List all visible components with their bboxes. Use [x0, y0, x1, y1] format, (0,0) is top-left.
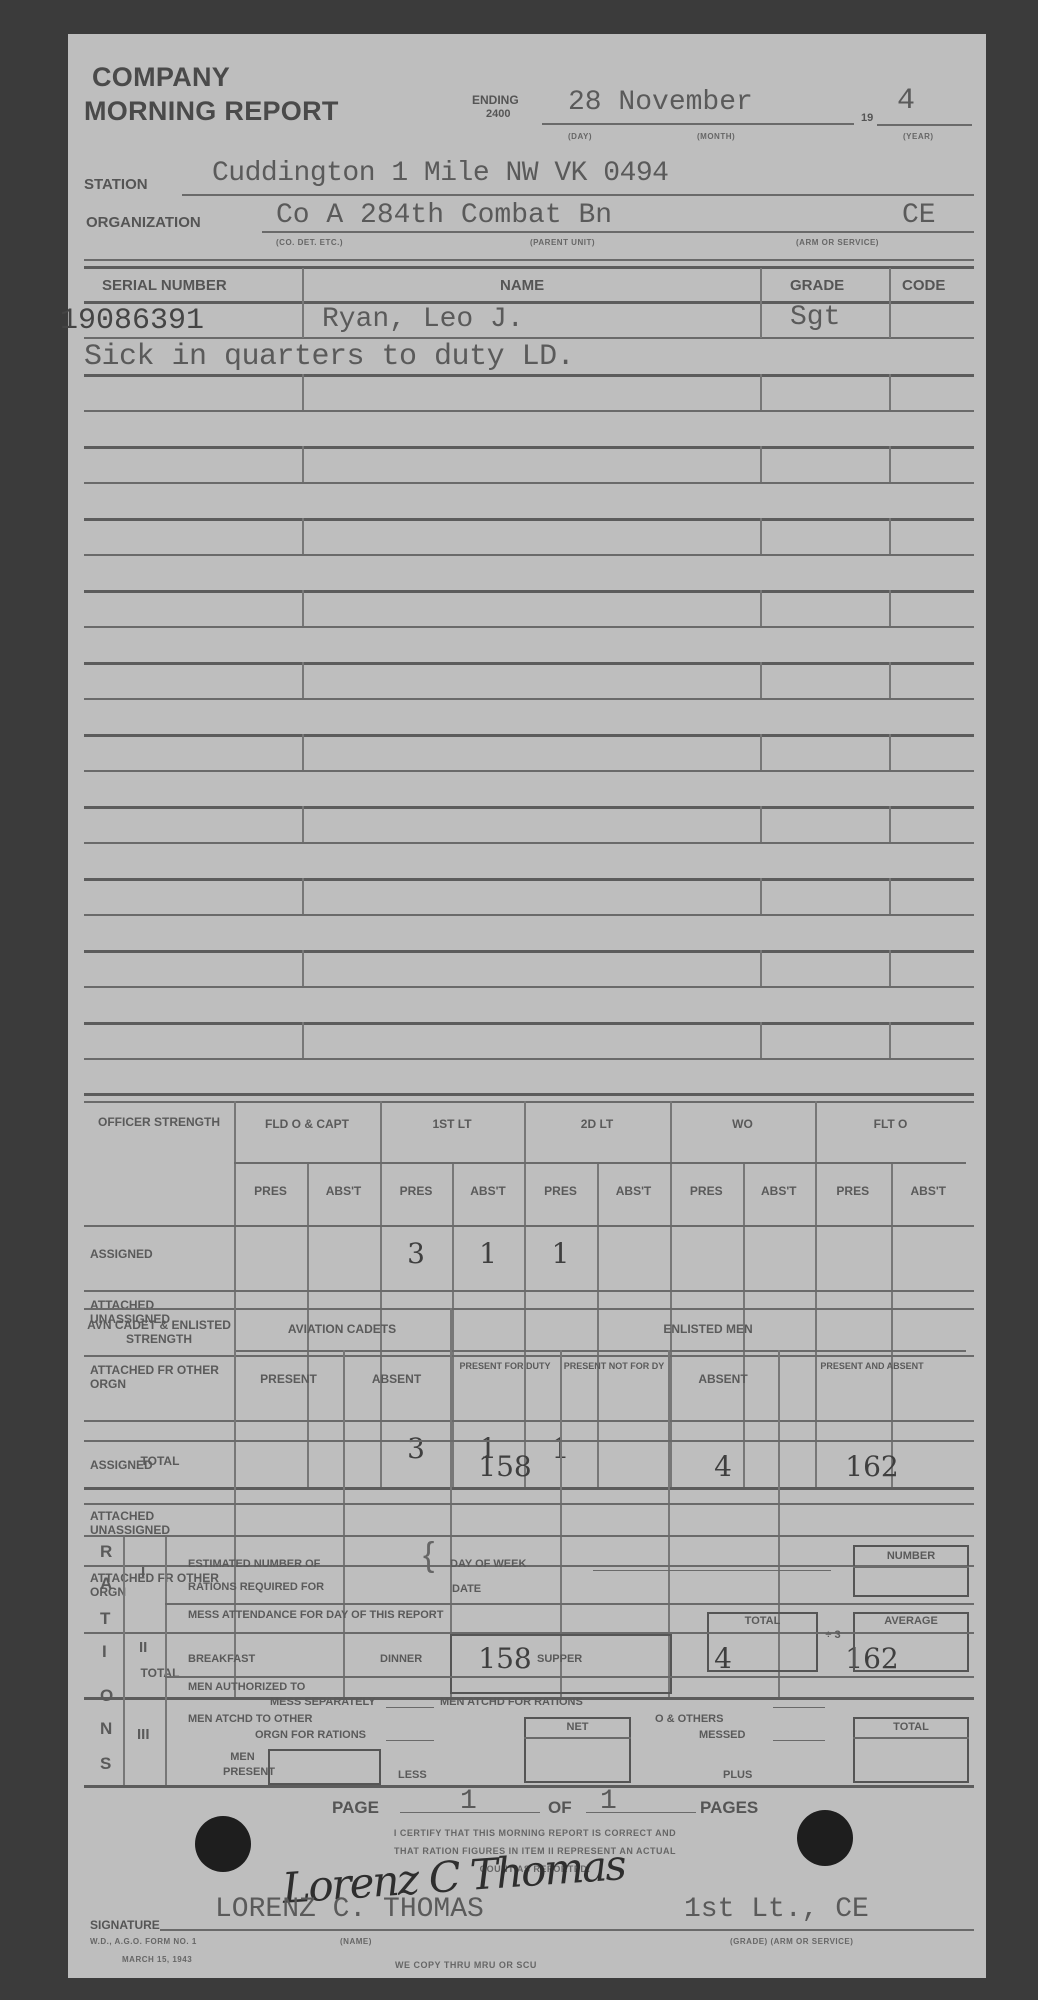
rations-col-line [165, 1537, 167, 1785]
col-line-grade [889, 446, 891, 482]
enlisted-row-label: ATTACHED UNASSIGNED [90, 1509, 230, 1537]
header-name: NAME [500, 277, 544, 294]
remark-text: Sick in quarters to duty LD. [84, 340, 574, 374]
of-label: OF [548, 1798, 572, 1818]
enlisted-col-header: PRESENT AND ABSENT [778, 1358, 966, 1374]
men-present-line2: PRESENT [180, 1765, 275, 1779]
estimated-number-line2: RATIONS REQUIRED FOR [188, 1580, 324, 1594]
row-rule [84, 878, 974, 881]
officer-group-header: 2D LT [524, 1117, 670, 1131]
net-label: NET [524, 1720, 631, 1734]
officer-row-label: ASSIGNED [90, 1247, 230, 1261]
pages-label: PAGES [700, 1798, 758, 1818]
breakfast-label: BREAKFAST [188, 1652, 255, 1666]
day-of-week-field[interactable] [593, 1570, 831, 1571]
rations-letter: R [100, 1545, 112, 1559]
row-rule [84, 482, 974, 484]
page-label: PAGE [332, 1798, 379, 1818]
rations-letter: A [100, 1577, 112, 1591]
header-grade: GRADE [790, 277, 844, 294]
row-rule [84, 698, 974, 700]
col-line-grade [889, 374, 891, 410]
col-line-serial [302, 1022, 304, 1058]
col-line-serial [302, 374, 304, 410]
row-rule [84, 986, 974, 988]
o-others-line2: MESSED [699, 1728, 745, 1742]
average-label: AVERAGE [853, 1614, 969, 1628]
roster-top-rule-2 [84, 266, 974, 269]
officer-count: 1 [524, 1237, 597, 1270]
caption-year: (YEAR) [903, 132, 934, 141]
average-divider [853, 1632, 969, 1634]
officer-top-rule-1 [84, 1093, 974, 1096]
enlisted-count: 162 [778, 1450, 966, 1483]
pages-underline [586, 1812, 696, 1813]
enlisted-col-header: PRESENT [234, 1372, 343, 1386]
officer-count: 1 [452, 1237, 524, 1270]
rations-bottom-rule [84, 1785, 974, 1788]
col-line-name [760, 878, 762, 914]
col-line-grade [889, 518, 891, 554]
enlisted-count: 158 [450, 1450, 560, 1483]
row-rule [84, 337, 974, 339]
aviation-cadets-header: AVIATION CADETS [234, 1322, 450, 1336]
rations-letter: O [100, 1689, 113, 1703]
row-rule [84, 374, 974, 377]
rations-top-rule [84, 1535, 974, 1537]
col-line-serial [302, 446, 304, 482]
date-underline [542, 123, 854, 125]
signature-label: SIGNATURE [90, 1918, 160, 1932]
col-line-serial [302, 806, 304, 842]
rations-letter: I [102, 1645, 107, 1659]
signature-underline [160, 1929, 974, 1931]
binder-hole-right [797, 1810, 853, 1866]
col-line-serial [302, 518, 304, 554]
officer-sub-pres: PRES [670, 1184, 743, 1198]
col-line-name [760, 446, 762, 482]
officer-sub-abs: ABS'T [891, 1184, 967, 1198]
divide-by-three-label: ÷ 3 [825, 1628, 841, 1642]
col-line-serial [302, 950, 304, 986]
net-divider [524, 1737, 631, 1739]
ending-label: ENDING [472, 93, 519, 107]
soldier-grade: Sgt [790, 302, 840, 333]
officer-sub-abs: ABS'T [597, 1184, 670, 1198]
mess-total-divider [707, 1632, 818, 1634]
men-atchd-rations-label: MEN ATCHD FOR RATIONS [440, 1695, 583, 1709]
men-atchd-other-line2: ORGN FOR RATIONS [255, 1728, 366, 1742]
col-line-serial [302, 878, 304, 914]
station-underline [182, 194, 974, 196]
arm-or-service-value: CE [902, 200, 936, 231]
officer-count: 3 [380, 1432, 452, 1465]
caption-name: (NAME) [340, 1937, 372, 1946]
col-line-grade [889, 1022, 891, 1058]
rations-letter: S [100, 1757, 111, 1771]
officer-sub-abs: ABS'T [743, 1184, 816, 1198]
officer-col-line [380, 1101, 382, 1487]
supper-label: SUPPER [537, 1652, 582, 1666]
enlisted-men-header: ENLISTED MEN [450, 1322, 966, 1336]
officer-strength-title: OFFICER STRENGTH [84, 1115, 234, 1129]
year-underline [877, 124, 972, 126]
row-rule [84, 1022, 974, 1025]
col-line-grade [889, 950, 891, 986]
officer-row-label: ATTACHED FR OTHER ORGN [90, 1363, 230, 1391]
brace-icon: { [423, 1548, 434, 1562]
report-year: 4 [897, 84, 915, 118]
enlisted-col-header: ABSENT [668, 1372, 778, 1386]
officer-rule [84, 1225, 974, 1227]
mess-total-label: TOTAL [707, 1614, 818, 1628]
enlisted-rule [84, 1440, 974, 1442]
officer-col-line [524, 1101, 526, 1487]
col-line-name [760, 374, 762, 410]
rations-total-label: TOTAL [853, 1720, 969, 1734]
officer-sub-pres: PRES [815, 1184, 891, 1198]
rations-total-divider [853, 1737, 969, 1739]
men-authorized-line1: MEN AUTHORIZED TO [188, 1680, 305, 1694]
row-rule [84, 806, 974, 809]
caption-parent-unit: (PARENT UNIT) [530, 238, 595, 247]
men-atchd-other-field[interactable] [386, 1740, 434, 1741]
mess-separately-field[interactable] [386, 1707, 434, 1708]
rations-rule [165, 1603, 974, 1605]
men-present-line1: MEN [210, 1750, 275, 1764]
row-rule [84, 662, 974, 665]
plus-label: PLUS [723, 1768, 752, 1782]
col-line-name [760, 662, 762, 698]
col-line-name [760, 734, 762, 770]
form-date: MARCH 15, 1943 [122, 1955, 192, 1964]
officer-group-header: WO [670, 1117, 815, 1131]
col-line-grade [889, 662, 891, 698]
officer-rule [84, 1487, 974, 1490]
officer-sub-pres: PRES [234, 1184, 307, 1198]
men-authorized-line2: MESS SEPARATELY [270, 1695, 376, 1709]
enlisted-row-label: ASSIGNED [90, 1458, 230, 1472]
col-line-name [760, 950, 762, 986]
number-label: NUMBER [853, 1549, 969, 1563]
col-line-serial [302, 590, 304, 626]
officer-sub-abs: ABS'T [452, 1184, 524, 1198]
organization-label: ORGANIZATION [86, 214, 201, 231]
officer-col-line [670, 1101, 672, 1487]
row-rule [84, 446, 974, 449]
row-rule [84, 842, 974, 844]
rations-rule [165, 1676, 974, 1678]
header-bottom-rule [84, 301, 974, 304]
section-iii-numeral: III [137, 1728, 150, 1742]
officer-count: 3 [380, 1237, 452, 1270]
enlisted-strength-title: AVN CADET & ENLISTED STRENGTH [84, 1318, 234, 1346]
rations-col-line [123, 1537, 125, 1785]
officer-col-line [815, 1101, 817, 1487]
men-atchd-rations-field[interactable] [773, 1707, 825, 1708]
serial-number: 19086391 [60, 304, 204, 338]
roster-top-rule-1 [84, 259, 974, 261]
officer-sub-abs: ABS'T [307, 1184, 380, 1198]
enlisted-rule [84, 1503, 974, 1505]
form-title-company: COMPANY [92, 62, 230, 92]
signer-grade: 1st Lt., CE [684, 1894, 869, 1925]
men-atchd-other-line1: MEN ATCHD TO OTHER [188, 1712, 312, 1726]
o-others-field[interactable] [773, 1740, 825, 1741]
number-box-divider [853, 1566, 969, 1568]
copy-note: WE COPY THRU MRU OR SCU [395, 1960, 537, 1970]
col-line-grade [889, 590, 891, 626]
row-rule [84, 914, 974, 916]
col-line-name [760, 590, 762, 626]
col-line-grade [889, 878, 891, 914]
page-underline [400, 1812, 540, 1813]
caption-grade-arm: (GRADE) (ARM OR SERVICE) [730, 1937, 853, 1946]
col-line-name [760, 1022, 762, 1058]
header-code: CODE [902, 277, 945, 294]
men-present-box[interactable] [268, 1749, 381, 1785]
less-label: LESS [398, 1768, 427, 1782]
section-ii-numeral: II [139, 1641, 147, 1655]
row-rule [84, 626, 974, 628]
officer-rule [84, 1355, 974, 1357]
signer-name: LORENZ C. THOMAS [215, 1894, 484, 1925]
officer-sub-pres: PRES [380, 1184, 452, 1198]
date-label: DATE [452, 1582, 481, 1596]
ending-time: 2400 [486, 108, 510, 120]
col-line-name [760, 806, 762, 842]
officer-group-header: FLD O & CAPT [234, 1117, 380, 1131]
row-rule [84, 770, 974, 772]
rations-letter: T [100, 1612, 110, 1626]
officer-rule [84, 1290, 974, 1292]
enlisted-col-header: ABSENT [343, 1372, 450, 1386]
row-rule [84, 518, 974, 521]
year-prefix: 19 [861, 112, 873, 124]
station-value: Cuddington 1 Mile NW VK 0494 [212, 158, 668, 189]
row-rule [84, 734, 974, 737]
enlisted-col-header: PRESENT NOT FOR DY [560, 1358, 668, 1374]
row-rule [84, 950, 974, 953]
col-line-name [760, 268, 762, 338]
col-line-grade [889, 806, 891, 842]
officer-sub-pres: PRES [524, 1184, 597, 1198]
officer-top-rule-2 [84, 1101, 974, 1103]
col-line-serial [302, 268, 304, 338]
form-title-morning-report: MORNING REPORT [84, 96, 339, 126]
enlisted-count: 4 [668, 1450, 778, 1483]
row-rule [84, 410, 974, 412]
row-rule [84, 554, 974, 556]
col-line-grade [889, 734, 891, 770]
report-date: 28 November [568, 87, 753, 118]
estimated-number-line1: ESTIMATED NUMBER OF [188, 1557, 320, 1571]
form-number: W.D., A.G.O. FORM NO. 1 [90, 1937, 197, 1946]
organization-underline [262, 231, 974, 233]
officer-rule [234, 1162, 966, 1164]
caption-arm-service: (ARM OR SERVICE) [796, 238, 879, 247]
officer-group-header: FLT O [815, 1117, 966, 1131]
soldier-name: Ryan, Leo J. [322, 304, 524, 335]
enlisted-col-line [343, 1350, 345, 1697]
caption-month: (MONTH) [697, 132, 735, 141]
caption-co-det: (CO. DET. ETC.) [276, 238, 343, 247]
mess-attendance-title: MESS ATTENDANCE FOR DAY OF THIS REPORT [188, 1608, 443, 1622]
officer-rule [84, 1420, 974, 1422]
dinner-label: DINNER [380, 1652, 422, 1666]
col-line-grade [889, 268, 891, 338]
col-line-serial [302, 734, 304, 770]
col-line-serial [302, 662, 304, 698]
station-label: STATION [84, 176, 148, 193]
o-others-line1: O & OTHERS [655, 1712, 723, 1726]
col-line-name [760, 518, 762, 554]
officer-group-header: 1ST LT [380, 1117, 524, 1131]
row-rule [84, 590, 974, 593]
section-i-numeral: I [141, 1566, 145, 1580]
rations-letter: N [100, 1722, 112, 1736]
binder-hole-left [195, 1816, 251, 1872]
enlisted-col-header: PRESENT FOR DUTY [450, 1358, 560, 1374]
organization-value: Co A 284th Combat Bn [276, 200, 612, 231]
caption-day: (DAY) [568, 132, 592, 141]
row-rule [84, 1058, 974, 1060]
certify-line-1: I CERTIFY THAT THIS MORNING REPORT IS CO… [310, 1828, 760, 1838]
day-of-week-label: DAY OF WEEK [450, 1557, 526, 1571]
header-serial-number: SERIAL NUMBER [102, 277, 227, 294]
enlisted-top-rule [84, 1308, 974, 1310]
